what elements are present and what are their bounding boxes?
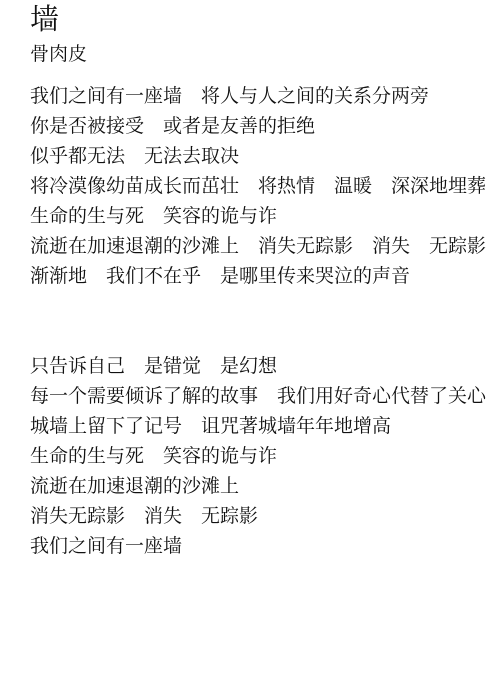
- lyric-line: 流逝在加速退潮的沙滩上 消失无踪影 消失 无踪影: [30, 231, 500, 261]
- artist-name: 骨肉皮: [30, 39, 500, 69]
- song-title: 墙: [30, 0, 500, 37]
- lyric-line: 消失无踪影 消失 无踪影: [30, 501, 500, 531]
- lyrics-body: 我们之间有一座墙 将人与人之间的关系分两旁 你是否被接受 或者是友善的拒绝 似乎…: [30, 81, 500, 561]
- lyric-line: 渐渐地 我们不在乎 是哪里传来哭泣的声音: [30, 261, 500, 291]
- lyric-line: 似乎都无法 无法去取决: [30, 141, 500, 171]
- lyric-blank-line: [30, 321, 500, 351]
- lyric-line: 生命的生与死 笑容的诡与诈: [30, 441, 500, 471]
- lyric-line: 我们之间有一座墙: [30, 531, 500, 561]
- lyrics-page: 墙 骨肉皮 我们之间有一座墙 将人与人之间的关系分两旁 你是否被接受 或者是友善…: [30, 0, 500, 561]
- lyric-line: 生命的生与死 笑容的诡与诈: [30, 201, 500, 231]
- lyric-line: 每一个需要倾诉了解的故事 我们用好奇心代替了关心: [30, 381, 500, 411]
- lyric-line: 只告诉自己 是错觉 是幻想: [30, 351, 500, 381]
- lyric-line: 你是否被接受 或者是友善的拒绝: [30, 111, 500, 141]
- lyric-line: 流逝在加速退潮的沙滩上: [30, 471, 500, 501]
- lyric-line: 我们之间有一座墙 将人与人之间的关系分两旁: [30, 81, 500, 111]
- lyric-blank-line: [30, 291, 500, 321]
- lyric-line: 将冷漠像幼苗成长而茁壮 将热情 温暖 深深地埋葬: [30, 171, 500, 201]
- lyric-line: 城墙上留下了记号 诅咒著城墙年年地增高: [30, 411, 500, 441]
